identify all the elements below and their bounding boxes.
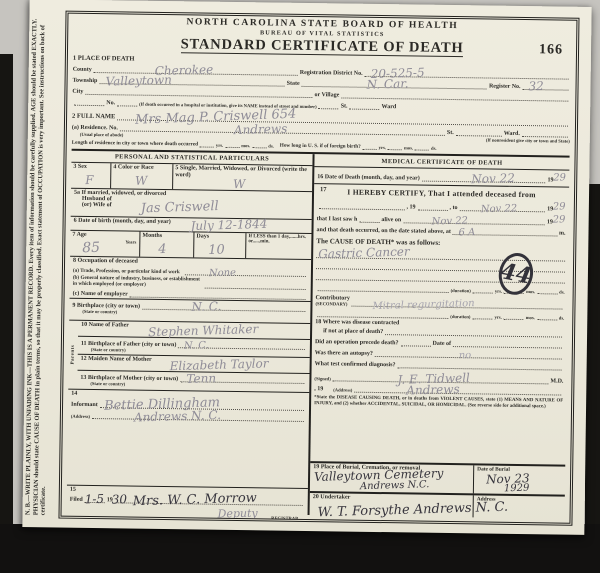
register-no-label: Register No.: [489, 84, 521, 90]
attended-to-rule: Nov 22: [459, 203, 545, 212]
registrar-label: REGISTRAR: [271, 516, 298, 521]
registration-district-label: Registration District No.: [300, 70, 363, 77]
spouse-block: 5a If married, widowed, or divorced Husb…: [71, 189, 312, 220]
length-of-residence-label: Length of residence in city or town wher…: [72, 140, 198, 148]
attended-from-rule: [319, 201, 405, 210]
date-of-death-label: 16 Date of Death (month, day, and year): [317, 174, 420, 181]
occupation-b-label: (b) General nature of industry, business…: [73, 275, 203, 289]
signed-address-rule: Andrews: [354, 385, 561, 396]
no-rule-lead: [74, 98, 104, 106]
burial-place-value2: Andrews N.C.: [360, 479, 430, 492]
test-label: What test confirmed diagnosis?: [315, 361, 396, 368]
occupation-block: 8 Occupation of deceased (a) Trade, Prof…: [70, 257, 312, 302]
filed-date-rule: 1-5: [85, 495, 105, 503]
occupation-a-rule: None: [185, 267, 306, 277]
race-value: W: [135, 173, 148, 187]
father-bp-rule: N. C.: [178, 340, 305, 350]
length-ds-rule: [252, 140, 266, 148]
register-value: 32: [528, 79, 544, 93]
township-rule: Valleytown: [99, 76, 284, 87]
cause-footnote: *State the DISEASE CAUSING DEATH, or in …: [313, 395, 563, 464]
certify-19a: , 19: [406, 204, 415, 210]
operation-date-label: Date of: [432, 341, 451, 347]
duration1-ds-rule: [537, 286, 557, 294]
signed-address-label: (Address): [333, 387, 352, 392]
duration2-yrs-rule: [472, 311, 492, 319]
saw-year-value: 29: [553, 214, 566, 225]
duration1-yrs: yrs.: [495, 289, 502, 294]
burial-year-value: 1929: [504, 483, 530, 495]
filed-block: 15 Filed 1-5 19 30 Mrs. W. C. Morrow: [67, 486, 308, 515]
township-value: Valleytown: [105, 73, 172, 89]
spouse-value: Jas Criswell: [141, 199, 219, 216]
mother-bp-rule: Tenn: [180, 374, 304, 384]
length-yrs-rule: [200, 139, 214, 147]
dob-value: July 12-1844: [190, 217, 267, 233]
no-rule: [117, 98, 137, 106]
years-label: Years: [125, 239, 136, 244]
us-yrs-label: yrs.: [379, 145, 386, 150]
certificate-number-stamp: 166: [539, 42, 563, 58]
date-of-death-value: Nov 22: [471, 171, 515, 186]
operation-rule: [400, 338, 430, 346]
death-time-m-label: m.: [559, 231, 566, 237]
certify-to: , to: [449, 205, 457, 211]
county-label: County: [73, 67, 92, 73]
township-label: Township: [73, 78, 98, 84]
dob-label: 6 Date of birth (month, day, and year): [74, 218, 171, 225]
marital-value: W: [233, 177, 246, 191]
months-label: Months: [142, 233, 162, 239]
autopsy-label: Was there an autopsy?: [315, 350, 373, 357]
operation-date-rule: [453, 339, 562, 349]
occupation-b-rule: [205, 281, 306, 290]
or-village-label: or Village: [314, 92, 339, 98]
last-saw-value: Nov 22: [431, 215, 468, 227]
duration1-mos: mos.: [526, 289, 535, 294]
abode-note: (Usual place of abode): [80, 132, 124, 138]
less-than-day-note: If LESS than 1 day,......hrs. or......mi…: [248, 234, 309, 245]
where-contracted-block: 18 Where was disease contracted if not a…: [315, 317, 564, 337]
date-of-death-rule: Nov 22: [422, 174, 546, 184]
burial-row: 19 Place of Burial, Cremation, or remova…: [310, 461, 565, 495]
residence-st-label: St.: [447, 130, 454, 136]
birthplace-value: N. C.: [191, 299, 221, 314]
place-of-death-section-label: 1 PLACE OF DEATH: [73, 55, 135, 63]
informant-address-value: Andrews N. C.: [134, 408, 221, 425]
autopsy-rule: no: [375, 349, 562, 360]
signed-address-row: , 19 (Address) Andrews: [314, 383, 563, 395]
last-saw-h-rule: [359, 215, 379, 223]
parents-label: Parents: [71, 345, 76, 365]
length-mos-label: mos.: [241, 143, 250, 148]
ward-rule: [350, 102, 380, 110]
length-yrs-label: yrs.: [216, 143, 223, 148]
duration2-ds-rule: [537, 312, 557, 320]
certificate-paper: N. B.—WRITE PLAINLY, WITH UNFADING INK—T…: [22, 0, 591, 535]
deputy-note: Deputy: [217, 507, 257, 521]
residence-ward-rule: [522, 129, 568, 138]
age-days-cell: Days 10: [194, 232, 246, 258]
scanned-death-certificate: N. B.—WRITE PLAINLY, WITH UNFADING INK—T…: [0, 0, 600, 573]
filed-year-value: 30: [112, 492, 128, 506]
father-bp-value: N. C.: [184, 340, 209, 352]
age-days-value: 10: [208, 242, 225, 257]
mother-label: 12 Maiden Name of Mother: [81, 356, 152, 363]
margin-note-text: N. B.—WRITE PLAINLY, WITH UNFADING INK—T…: [25, 0, 64, 516]
signed-address-value: Andrews: [406, 382, 460, 398]
md-label: M.D.: [550, 378, 563, 384]
us-mos-label: mos.: [404, 145, 413, 150]
medical-certificate-column: MEDICAL CERTIFICATE OF DEATH 16 Date of …: [310, 154, 570, 519]
filed-label: Filed: [70, 497, 83, 503]
signed-year-label: , 19: [314, 386, 323, 392]
length-ds-label: ds.: [268, 143, 274, 148]
full-name-label: 2 FULL NAME: [72, 113, 115, 121]
us-yrs-rule: [363, 142, 377, 150]
age-years-value: 85: [82, 240, 100, 257]
burial-date-cell: Date of Burial Nov 23 1929: [473, 465, 565, 494]
operation-label: Did an operation precede death?: [315, 339, 399, 346]
race-cell: 4 Color or Race W: [111, 163, 173, 189]
days-label: Days: [196, 233, 209, 239]
length-mos-rule: [225, 140, 239, 148]
undertaker-label: 20 Undertaker: [313, 494, 351, 501]
state-value: N. Car.: [366, 76, 408, 91]
residence-ward-label: Ward.: [504, 131, 520, 137]
father-label: 10 Name of Father: [81, 322, 129, 329]
certificate-form: NORTH CAROLINA STATE BOARD OF HEALTH BUR…: [58, 11, 579, 526]
filed-registrar-rule: 30 Mrs. W. C. Morrow: [115, 495, 303, 506]
less-than-day-cell: If LESS than 1 day,......hrs. or......mi…: [246, 233, 311, 259]
mother-bp-value: Tenn: [186, 371, 216, 386]
death-occurred-label: and that death occurred, on the date sta…: [316, 227, 450, 235]
duration1-yrs-rule: [473, 285, 493, 293]
city-label: City: [72, 89, 83, 95]
alive-on-label: alive on: [381, 217, 401, 223]
attended-from-year-rule: [417, 203, 447, 211]
filed-date-value: 1-5: [85, 492, 105, 507]
state-rule: N. Car.: [302, 79, 487, 90]
item-17-number: 17: [320, 186, 327, 193]
state-label: State: [287, 81, 300, 87]
test-rule: [397, 360, 561, 370]
burial-place-cell: 19 Place of Burial, Cremation, or remova…: [310, 463, 473, 493]
attended-to-value: Nov 22: [481, 203, 518, 215]
register-rule: 32: [522, 82, 568, 91]
secondary-label: (SECONDARY): [315, 301, 349, 306]
st-label: St.: [341, 103, 348, 109]
street-no-label: No.: [106, 100, 115, 106]
st-rule: [319, 101, 339, 109]
personal-particulars-column: PERSONAL AND STATISTICAL PARTICULARS 3 S…: [67, 151, 315, 515]
informant-label: Informant: [71, 402, 98, 408]
ward-label: Ward: [382, 104, 397, 110]
dod-year-value: 29: [553, 172, 566, 183]
parents-block: Parents 10 Name of Father Stephen Whitak…: [68, 321, 310, 393]
how-long-us-label: How long in U. S. if of foreign birth?: [280, 143, 361, 150]
certify-block: 17 I HEREBY CERTIFY, That I attended dec…: [316, 184, 566, 248]
death-time-rule: 6 A: [453, 227, 557, 236]
to-year-value: 29: [553, 201, 566, 212]
autopsy-value: no: [459, 350, 472, 361]
age-years-cell: 7 Age Years 85: [70, 231, 140, 257]
duration1-label: (duration): [451, 288, 471, 293]
duration1-ds: ds.: [559, 290, 565, 295]
scanner-background-left: [0, 54, 13, 573]
duration2-mos-rule: [504, 312, 524, 320]
last-saw-label: that I last saw h: [317, 216, 358, 223]
where-contracted-label2: if not at place of death?: [323, 328, 383, 335]
undertaker-cell: 20 Undertaker W. T. Forsythe Andrews N. …: [310, 493, 473, 517]
signed-label: (Signed): [314, 376, 330, 381]
contributory-row: Contributory (SECONDARY) Mitral regurgit…: [315, 293, 564, 309]
age-months-cell: Months 4: [140, 232, 194, 258]
age-label: 7 Age: [72, 232, 86, 238]
residence-value: Andrews: [233, 122, 287, 138]
contributory-rule: Mitral regurgitation: [352, 299, 563, 310]
duration1-lead-rule: [318, 283, 449, 293]
informant-block: 14 Informant Bettie Dillingham (Address)…: [67, 390, 309, 489]
us-ds-rule: [415, 142, 429, 150]
residence-st-rule: [456, 128, 502, 137]
us-mos-rule: [388, 142, 402, 150]
mother-birthplace-row: 13 Birthplace of Mother (city or town) T…: [77, 371, 309, 392]
age-months-value: 4: [158, 242, 167, 257]
sex-cell: 3 Sex F: [71, 163, 111, 189]
father-value: Stephen Whitaker: [148, 322, 259, 339]
cause-of-death-block: Gastric Cancer 44: [316, 247, 565, 283]
cause-of-death-value: Gastric Cancer: [318, 244, 410, 261]
left-margin-instructions: N. B.—WRITE PLAINLY, WITH UNFADING INK—T…: [24, 0, 63, 528]
full-name-rule: Mrs Mag P. Criswell 654: [117, 112, 568, 126]
undertaker-row: 20 Undertaker W. T. Forsythe Andrews N. …: [310, 491, 565, 519]
marital-cell: 5 Single, Married, Widowed, or Divorced …: [173, 164, 312, 191]
mother-value: Elizabeth Taylor: [169, 356, 268, 373]
last-saw-date-rule: Nov 22: [403, 215, 545, 225]
occupation-c-label: (c) Name of employer: [73, 291, 128, 298]
sex-label: 3 Sex: [73, 164, 87, 170]
where-contracted-rule: [385, 327, 562, 337]
sex-value: F: [85, 173, 94, 187]
residence-label: (a) Residence. No.: [72, 125, 118, 132]
race-label: 4 Color or Race: [113, 164, 153, 171]
death-time-value: 6 A: [459, 227, 476, 238]
us-ds-label: ds.: [431, 146, 437, 151]
informant-address-label: (Address): [71, 414, 90, 419]
occupation-a-value: None: [209, 267, 236, 279]
